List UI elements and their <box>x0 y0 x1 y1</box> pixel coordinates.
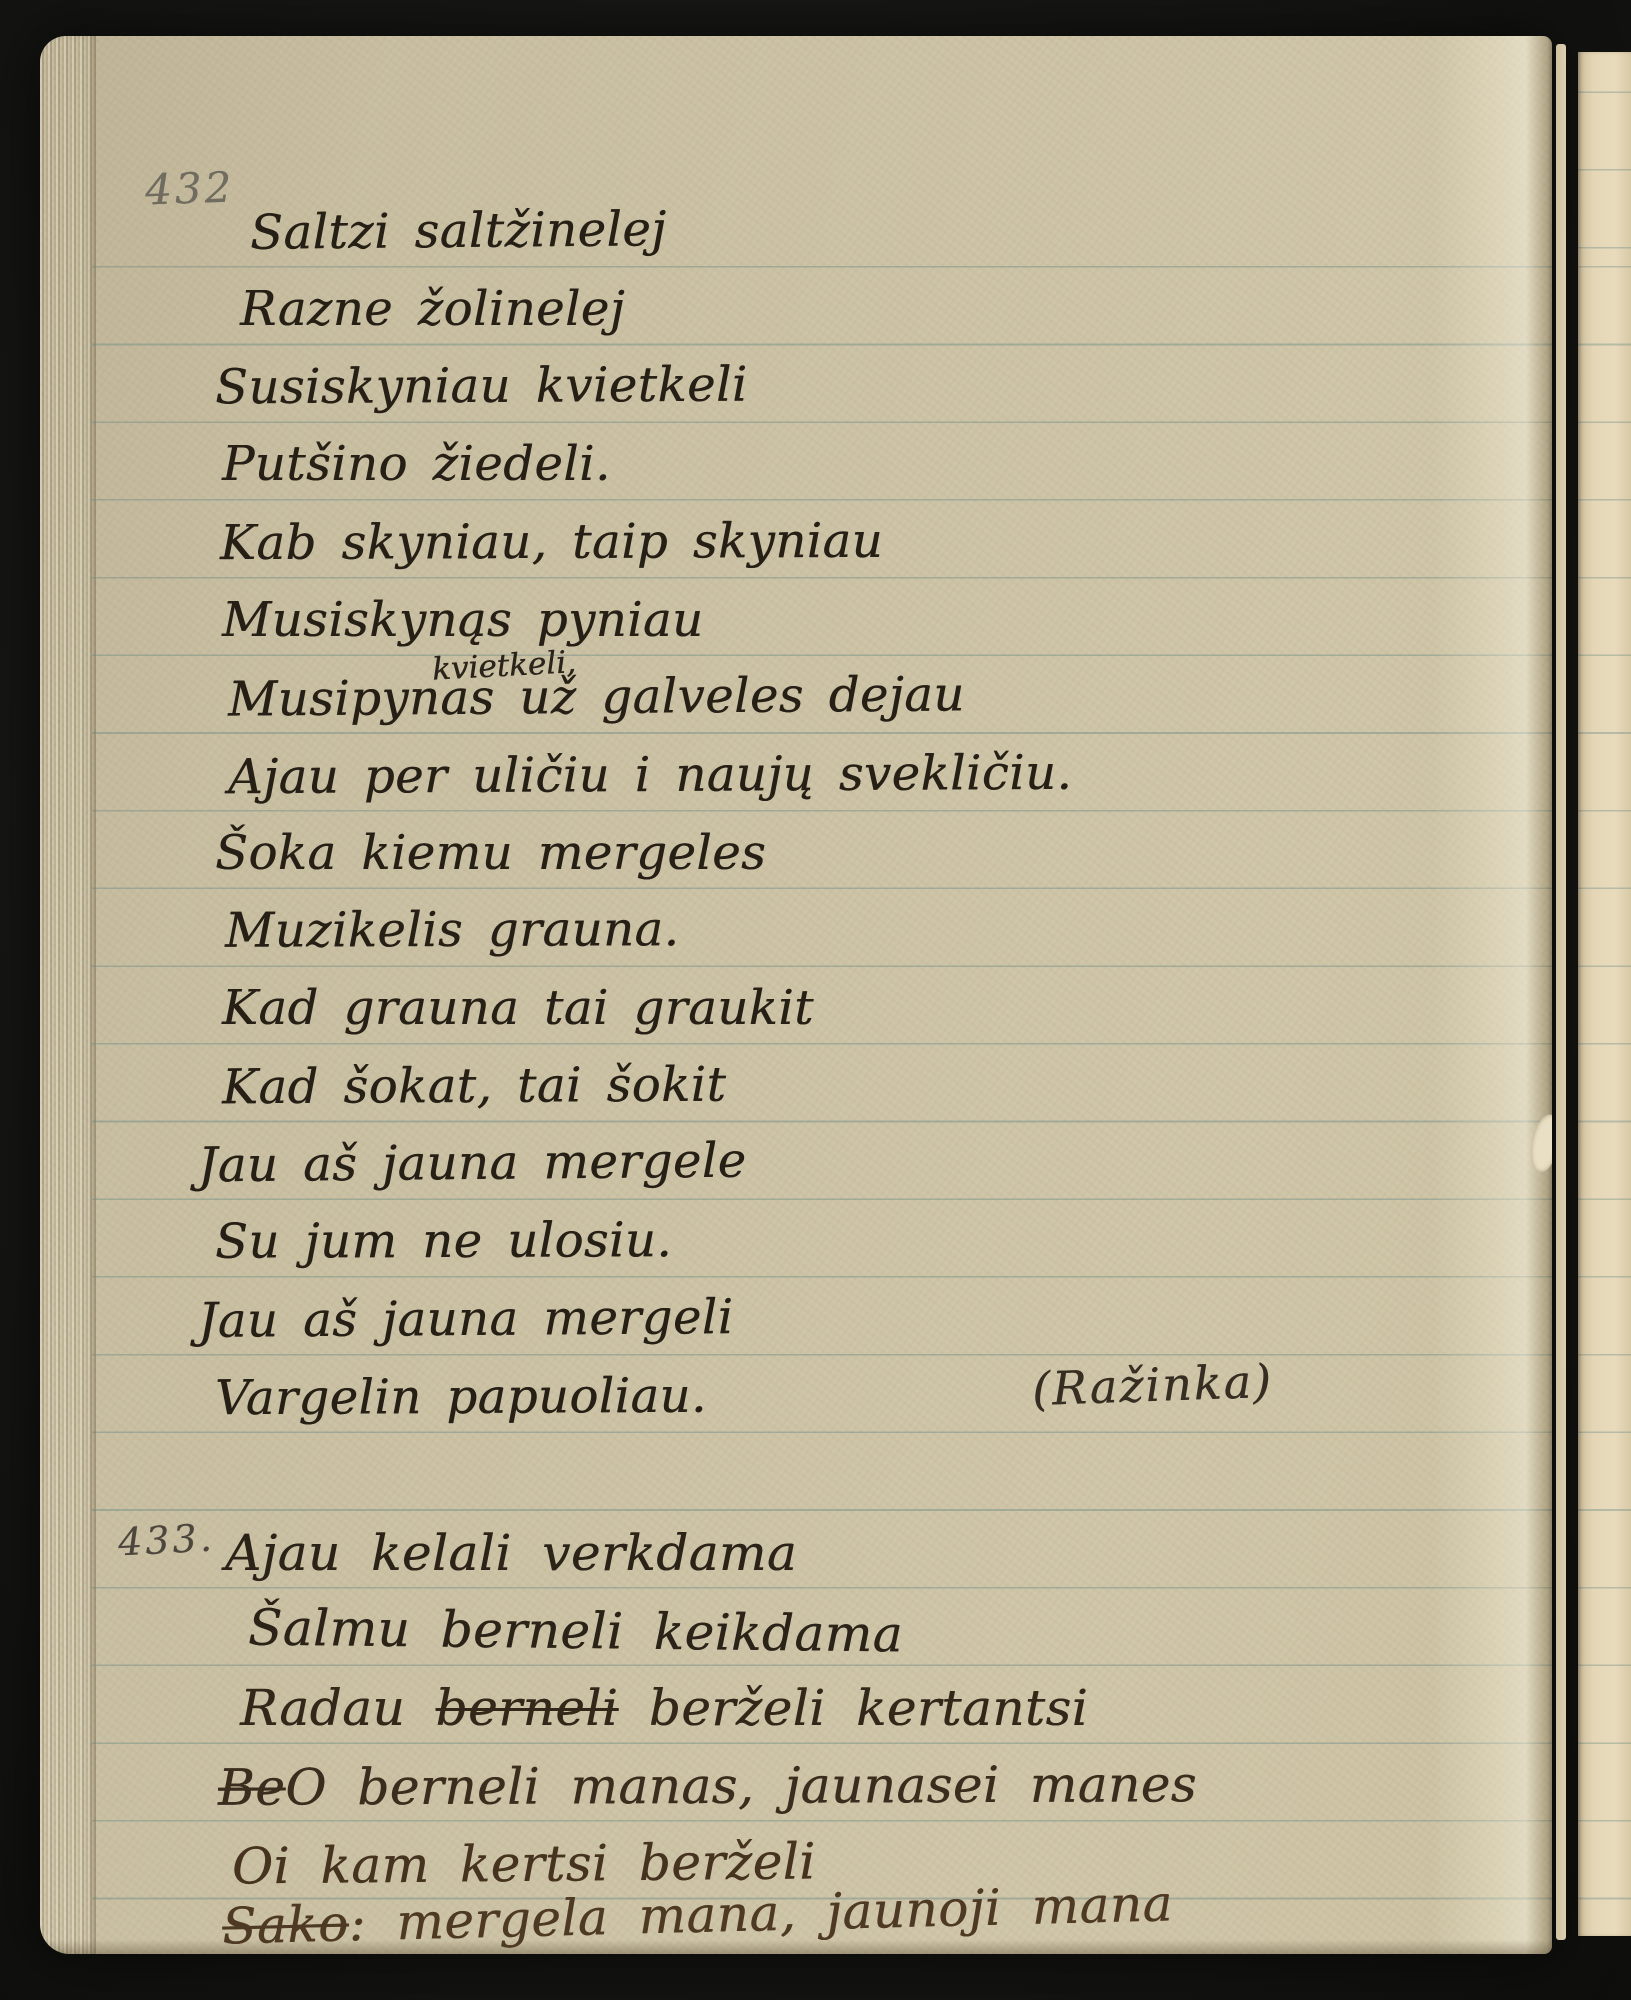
line-text: Kad grauna tai graukit <box>222 980 814 1036</box>
page-edge-stack <box>40 36 96 1954</box>
handwriting-line: Ajau kelali verkdama <box>225 1522 797 1585</box>
line-text: O berneli manas, jaunasei manes <box>285 1755 1197 1816</box>
line-text: Saltzi saltžinelej <box>250 201 667 261</box>
line-text: Susiskyniau kvietkeli <box>215 357 748 416</box>
struck-word: berneli <box>436 1679 619 1737</box>
line-text: Ajau kelali verkdama <box>225 1524 797 1582</box>
handwriting-line: Kad grauna tai graukit <box>222 978 814 1038</box>
line-text: Jau aš jauna mergele <box>198 1133 747 1194</box>
line-text: Šoka kiemu mergeles <box>215 825 766 881</box>
song-number-432: 432 <box>144 162 235 214</box>
attribution-note: (Ražinka) <box>1031 1354 1274 1416</box>
handwriting-line: Putšino žiedeli. <box>222 434 611 494</box>
handwriting-line: Jau aš jauna mergeli <box>198 1287 734 1351</box>
handwriting-line: Muzikelis grauna. <box>225 900 679 962</box>
handwriting-line: Saltzi saltžinelej <box>250 199 667 263</box>
handwriting-line: Vargelin papuoliau. <box>215 1365 707 1428</box>
fold-highlight <box>1432 36 1552 1954</box>
song-number-433: 433. <box>117 1516 216 1565</box>
line-text: Ajau per uličiu i naujų svekličiu. <box>228 745 1072 805</box>
line-text: Šalmu berneli keikdama <box>248 1599 904 1664</box>
handwriting-line: Radau berneli berželi kertantsi <box>240 1677 1088 1740</box>
handwriting-line: Jau aš jauna mergele <box>198 1131 747 1196</box>
line-text: Radau <box>240 1679 436 1737</box>
handwriting-line: Musiskynąs pyniau <box>222 590 703 650</box>
line-text: Su jum ne ulosiu. <box>215 1212 672 1270</box>
line-text: Kab skyniau, taip skyniau <box>220 513 883 571</box>
handwriting-line: Kad šokat, tai šokit <box>222 1054 727 1117</box>
line-text: Musiskynąs pyniau <box>222 592 703 648</box>
line-text: Vargelin papuoliau. <box>215 1367 707 1426</box>
next-page-edge <box>1578 52 1631 1936</box>
line-text: Kad šokat, tai šokit <box>222 1056 727 1115</box>
line-text: Musipynas už galveles dejau <box>228 667 965 728</box>
struck-word: Be <box>218 1758 286 1816</box>
line-text: Razne žolinelej <box>240 281 625 337</box>
line-text: Jau aš jauna mergeli <box>198 1289 734 1349</box>
handwriting-line: Šalmu berneli keikdama <box>248 1597 904 1666</box>
handwriting-line: Musipynas už galveles dejau <box>228 665 965 730</box>
handwriting-line: Razne žolinelej <box>240 279 625 339</box>
line-text: Muzikelis grauna. <box>225 902 679 960</box>
handwriting-line: Šoka kiemu mergeles <box>215 823 766 883</box>
handwriting-line: Su jum ne ulosiu. <box>215 1210 672 1272</box>
line-text: Putšino žiedeli. <box>222 436 611 492</box>
handwriting-line: Susiskyniau kvietkeli <box>215 355 748 418</box>
inserted-word: kvietkeli, <box>431 644 577 687</box>
handwriting-line: Kab skyniau, taip skyniau <box>220 511 883 573</box>
handwriting-line: BeO berneli manas, jaunasei manes <box>218 1753 1197 1819</box>
handwriting-line: Ajau per uličiu i naujų svekličiu. <box>228 743 1072 807</box>
struck-word: Sako <box>221 1895 349 1954</box>
notebook-page: 432 Saltzi saltžinelejRazne žolinelejSus… <box>40 36 1552 1954</box>
line-text: berželi kertantsi <box>618 1679 1088 1737</box>
adjacent-page-sliver <box>1556 44 1566 1940</box>
scan-background: 432 Saltzi saltžinelejRazne žolinelejSus… <box>0 0 1631 2000</box>
